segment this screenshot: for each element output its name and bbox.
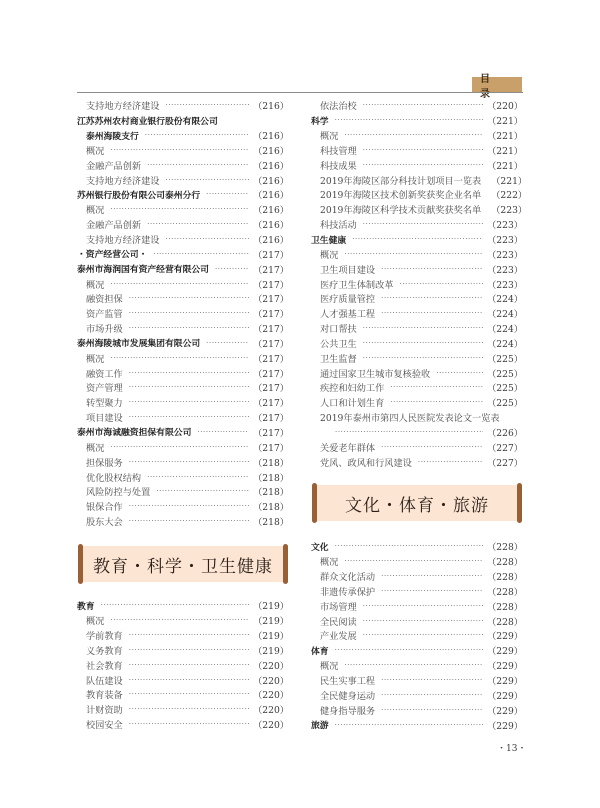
toc-entry-page: （229） [487, 658, 523, 672]
toc-entry-title: 2019年海陵区科学技术贡献奖获奖名单 [311, 202, 481, 216]
toc-entry[interactable]: 优化股权结构（218） [77, 469, 289, 484]
toc-entry-title: 概况 [311, 247, 338, 261]
toc-entry-title: 概况 [311, 658, 338, 672]
toc-entry[interactable]: 党风、政风和行风建设（227） [311, 454, 523, 469]
toc-entry-title: 学前教育 [77, 628, 123, 642]
section-banner-title: 教育・科学・卫生健康 [93, 552, 273, 577]
toc-entry-page: （218） [253, 455, 289, 469]
toc-entry-page: （229） [487, 718, 523, 732]
toc-entry[interactable]: 非遗传承保护（228） [311, 584, 523, 599]
toc-entry[interactable]: 全民阅读（228） [311, 613, 523, 628]
toc-entry-page: （219） [253, 643, 289, 657]
toc-entry-page: （220） [253, 702, 289, 716]
dot-leader [344, 557, 483, 565]
dot-leader [110, 443, 249, 451]
toc-entry-page: （223） [491, 202, 527, 216]
toc-entry-page: （219） [253, 598, 289, 612]
toc-entry-page: （228） [487, 554, 523, 568]
toc-entry-page: （217） [253, 366, 289, 380]
toc-entry-page: （217） [253, 425, 289, 439]
toc-entry-title: 对口帮扶 [311, 321, 357, 335]
toc-entry-page: （228） [487, 584, 523, 598]
toc-left-top-list: 支持地方经济建设（216）江苏苏州农村商业银行股份有限公司泰州海陵支行（216）… [77, 98, 289, 528]
toc-entry-page: （219） [253, 613, 289, 627]
toc-entry-title: 社会教育 [77, 658, 123, 672]
toc-entry[interactable]: 通过国家卫生城市复核验收（225） [311, 365, 523, 380]
toc-entry[interactable]: 银保合作（218） [77, 499, 289, 514]
toc-entry-page: （229） [487, 688, 523, 702]
toc-entry[interactable]: 产业发展（229） [311, 628, 523, 643]
toc-entry-title: 卫生监督 [311, 351, 357, 365]
toc-entry-page: （216） [253, 217, 289, 231]
toc-entry[interactable]: 全民健身运动（229） [311, 687, 523, 702]
dot-leader [110, 205, 249, 213]
toc-entry[interactable]: 市场升级（217） [77, 321, 289, 336]
toc-entry-title: 人才强基工程 [311, 306, 375, 320]
dot-leader [381, 572, 483, 580]
toc-entry-title: 2019年海陵区技术创新奖获奖企业名单 [311, 187, 481, 201]
dot-leader [110, 616, 249, 624]
toc-entry[interactable]: 风险防控与处置（218） [77, 484, 289, 499]
dot-leader [147, 161, 249, 169]
toc-left-bottom-list: 教育（219）概况（219）学前教育（219）义务教育（219）社会教育（220… [77, 598, 289, 732]
toc-entry-title: 体育 [311, 644, 329, 657]
toc-entry[interactable]: 概况（219） [77, 613, 289, 628]
dot-leader [129, 720, 249, 728]
toc-entry-title: 通过国家卫生城市复核验收 [311, 366, 430, 380]
toc-entry-title: 泰州海陵城市发展集团有限公司 [77, 336, 200, 349]
toc-entry-title: 概况 [311, 128, 338, 142]
toc-entry[interactable]: 疾控和妇幼工作（225） [311, 380, 523, 395]
dot-leader [129, 309, 249, 317]
toc-entry[interactable]: 泰州海陵城市发展集团有限公司（217） [77, 336, 289, 351]
toc-entry-page: （217） [253, 410, 289, 424]
toc-entry-title: 支持地方经济建设 [77, 173, 160, 187]
toc-entry-page: （224） [487, 336, 523, 350]
toc-entry-page: （226） [487, 425, 523, 439]
toc-entry-page: （220） [253, 673, 289, 687]
toc-entry-title: 担保服务 [77, 455, 123, 469]
toc-entry[interactable]: 泰州市海诚融资担保有限公司（217） [77, 425, 289, 440]
toc-entry-title: 卫生健康 [311, 233, 346, 246]
section-banner-title: 文化・体育・旅游 [345, 491, 489, 516]
toc-entry[interactable]: 金融产品创新（216） [77, 217, 289, 232]
toc-entry[interactable]: 学前教育（219） [77, 628, 289, 643]
toc-entry[interactable]: 民生实事工程（229） [311, 673, 523, 688]
dot-leader [344, 131, 483, 139]
toc-entry[interactable]: 市场管理（228） [311, 598, 523, 613]
toc-entry[interactable]: 卫生监督（225） [311, 350, 523, 365]
dot-leader [363, 161, 483, 169]
toc-entry-page: （223） [487, 232, 523, 246]
toc-entry-page: （220） [487, 98, 523, 112]
toc-entry-title: 2019年泰州市第四人民医院发表论文一览表 [311, 410, 500, 424]
dot-leader [147, 220, 249, 228]
toc-entry-title: 全民健身运动 [311, 688, 375, 702]
dot-leader [129, 646, 249, 654]
toc-entry-title: 义务教育 [77, 643, 123, 657]
toc-entry[interactable]: 卫生健康（223） [311, 232, 523, 247]
toc-entry-title: 概况 [311, 554, 338, 568]
toc-entry[interactable]: 队伍建设（220） [77, 672, 289, 687]
dot-leader [363, 339, 483, 347]
toc-entry-title: 市场升级 [77, 321, 123, 335]
dot-leader [206, 339, 249, 347]
toc-entry-page: （229） [487, 703, 523, 717]
toc-entry-page: （217） [253, 291, 289, 305]
toc-entry-title: 关爱老年群体 [311, 440, 375, 454]
dot-leader [166, 176, 250, 184]
toc-entry-page: （223） [487, 247, 523, 261]
toc-entry-title: 产业发展 [311, 628, 357, 642]
toc-entry[interactable]: 对口帮扶（224） [311, 321, 523, 336]
dot-leader [390, 398, 483, 406]
toc-entry-title: 概况 [77, 613, 104, 627]
toc-entry-page: （228） [487, 569, 523, 583]
dot-leader [129, 369, 249, 377]
toc-entry[interactable]: 人才强基工程（224） [311, 306, 523, 321]
toc-entry-page: （229） [487, 673, 523, 687]
toc-entry[interactable]: 支持地方经济建设（216） [77, 232, 289, 247]
toc-entry-title: 概况 [77, 143, 104, 157]
toc-entry-page: （221） [487, 143, 523, 157]
toc-entry-page: （217） [253, 321, 289, 335]
toc-entry-title: 资产管理 [77, 380, 123, 394]
toc-entry-page: （223） [487, 217, 523, 231]
page-number: ・13・ [497, 741, 526, 754]
toc-entry[interactable]: 概况（216） [77, 202, 289, 217]
dot-leader [381, 676, 483, 684]
toc-entry-page: （216） [253, 128, 289, 142]
toc-entry[interactable]: 科技成果（221） [311, 157, 523, 172]
toc-entry-title: 校园安全 [77, 717, 123, 731]
toc-entry-page: （218） [253, 514, 289, 528]
toc-entry[interactable]: 融资工作（217） [77, 365, 289, 380]
banner-right-rod [283, 544, 288, 584]
toc-right-column: 依法治校（220）科学（221）概况（221）科技管理（221）科技成果（221… [311, 98, 523, 469]
dot-leader [363, 602, 483, 610]
toc-entry-title: 依法治校 [311, 98, 357, 112]
dot-leader [129, 383, 249, 391]
toc-entry-page: （224） [487, 291, 523, 305]
toc-entry-page: （225） [487, 366, 523, 380]
toc-entry[interactable]: 概况（216） [77, 143, 289, 158]
dot-leader [129, 294, 249, 302]
toc-entry-page: （222） [491, 187, 527, 201]
section-banner-culture-sports-tourism: 文化・体育・旅游 [314, 485, 520, 521]
dot-leader [381, 587, 483, 595]
dot-leader [363, 617, 483, 625]
toc-entry[interactable]: 体育（229） [311, 643, 523, 658]
toc-entry-title: 群众文化活动 [311, 569, 375, 583]
dot-leader [344, 661, 483, 669]
toc-entry-page: （225） [487, 351, 523, 365]
toc-entry[interactable]: 2019年海陵区部分科技计划项目一览表（221） [311, 172, 523, 187]
dot-leader [381, 443, 483, 451]
toc-entry-title: 泰州海陵支行 [77, 129, 139, 142]
toc-entry[interactable]: 资产管理（217） [77, 380, 289, 395]
dot-leader [363, 146, 483, 154]
toc-entry[interactable]: 股东大会（218） [77, 514, 289, 529]
toc-entry-page: （216） [253, 158, 289, 172]
toc-entry-title: 民生实事工程 [311, 673, 375, 687]
dot-leader [129, 398, 249, 406]
toc-entry[interactable]: 校园安全（220） [77, 717, 289, 732]
dot-leader [166, 101, 250, 109]
dot-leader [153, 250, 249, 258]
toc-entry[interactable]: 概况（229） [311, 658, 523, 673]
toc-entry[interactable]: 概况（217） [77, 276, 289, 291]
toc-entry-page: （217） [253, 262, 289, 276]
banner-left-rod [312, 483, 317, 523]
toc-entry[interactable]: 担保服务（218） [77, 454, 289, 469]
banner-right-rod [517, 483, 522, 523]
dot-leader [363, 324, 483, 332]
toc-entry-title: ・资产经营公司・ [77, 247, 147, 260]
toc-entry-page: （229） [487, 643, 523, 657]
dot-leader [129, 661, 249, 669]
toc-entry-page: （225） [487, 395, 523, 409]
toc-entry[interactable]: ・资产经营公司・（217） [77, 246, 289, 261]
toc-entry[interactable]: 概况（217） [77, 350, 289, 365]
toc-entry-page: （229） [487, 628, 523, 642]
toc-entry-title: 概况 [77, 440, 104, 454]
toc-entry[interactable]: 融资担保（217） [77, 291, 289, 306]
toc-entry-title: 卫生项目建设 [311, 262, 375, 276]
toc-entry[interactable]: 支持地方经济建设（216） [77, 98, 289, 113]
toc-entry-title: 疾控和妇幼工作 [311, 380, 384, 394]
toc-entry-title: 项目建设 [77, 410, 123, 424]
toc-entry-page: （216） [253, 143, 289, 157]
toc-entry[interactable]: 关爱老年群体（227） [311, 439, 523, 454]
dot-leader [110, 146, 249, 154]
toc-right-bottom-column: 文化（228）概况（228）群众文化活动（228）非遗传承保护（228）市场管理… [311, 539, 523, 732]
dot-leader [101, 601, 249, 609]
toc-entry-title: 人口和计划生育 [311, 395, 384, 409]
toc-entry-title: 泰州市海诚融资担保有限公司 [77, 425, 191, 438]
toc-entry-title: 融资工作 [77, 366, 123, 380]
dot-leader [335, 721, 483, 729]
toc-entry-title: 文化 [311, 540, 329, 553]
dot-leader [129, 413, 249, 421]
dot-leader [363, 220, 483, 228]
section-banner-education-science-health: 教育・科学・卫生健康 [80, 546, 286, 582]
dot-leader [363, 631, 483, 639]
toc-entry[interactable]: 文化（228） [311, 539, 523, 554]
toc-entry-page: （221） [487, 128, 523, 142]
dot-leader [110, 280, 249, 288]
dot-leader [381, 265, 483, 273]
dot-leader [381, 706, 483, 714]
dot-leader [110, 354, 249, 362]
dot-leader [215, 265, 249, 273]
toc-left-bottom-column: 教育（219）概况（219）学前教育（219）义务教育（219）社会教育（220… [77, 598, 289, 732]
dot-leader [197, 428, 249, 436]
toc-entry-title: 非遗传承保护 [311, 584, 375, 598]
toc-entry-title: 概况 [77, 277, 104, 291]
toc-entry[interactable]: 科技管理（221） [311, 143, 523, 158]
toc-entry-title: 全民阅读 [311, 614, 357, 628]
toc-entry-page: （216） [253, 98, 289, 112]
toc-entry[interactable]: 医疗质量管控（224） [311, 291, 523, 306]
toc-entry-title: 教育 [77, 599, 95, 612]
toc-entry-page: （218） [253, 484, 289, 498]
toc-entry[interactable]: 依法治校（220） [311, 98, 523, 113]
toc-entry-title: 泰州市海润国有资产经营有限公司 [77, 262, 209, 275]
toc-entry-title: 公共卫生 [311, 336, 357, 350]
toc-entry[interactable]: 江苏苏州农村商业银行股份有限公司 [77, 113, 289, 128]
dot-leader [206, 190, 249, 198]
toc-entry-page: （224） [487, 321, 523, 335]
toc-entry-page: （216） [253, 232, 289, 246]
toc-entry-title: 2019年海陵区部分科技计划项目一览表 [311, 173, 481, 187]
toc-entry-page: （216） [253, 187, 289, 201]
toc-entry-page: （227） [487, 455, 523, 469]
toc-entry[interactable]: 科学（221） [311, 113, 523, 128]
toc-left-column: 支持地方经济建设（216）江苏苏州农村商业银行股份有限公司泰州海陵支行（216）… [77, 98, 289, 528]
toc-entry[interactable]: 2019年海陵区科学技术贡献奖获奖名单（223） [311, 202, 523, 217]
dot-leader [381, 294, 483, 302]
toc-entry-title: 支持地方经济建设 [77, 98, 160, 112]
toc-entry[interactable]: 人口和计划生育（225） [311, 395, 523, 410]
dot-leader [344, 250, 483, 258]
header-rule [77, 92, 523, 93]
dot-leader [145, 131, 249, 139]
section-tab-contents: 目录 [472, 77, 522, 92]
toc-entry-page: （221） [491, 173, 527, 187]
toc-entry-page: （216） [253, 173, 289, 187]
toc-entry[interactable]: 医疗卫生体制改革（223） [311, 276, 523, 291]
dot-leader [129, 690, 249, 698]
toc-entry-page: （217） [253, 247, 289, 261]
toc-entry-page: （228） [487, 599, 523, 613]
toc-entry-title: 计财资助 [77, 702, 123, 716]
dot-leader [335, 542, 483, 550]
toc-entry[interactable]: 科技活动（223） [311, 217, 523, 232]
toc-entry[interactable]: 概况（228） [311, 554, 523, 569]
toc-entry-title: 科学 [311, 114, 329, 127]
toc-entry[interactable]: 金融产品创新（216） [77, 157, 289, 172]
dot-leader [129, 517, 249, 525]
toc-entry[interactable]: 群众文化活动（228） [311, 569, 523, 584]
dot-leader [400, 280, 484, 288]
toc-entry-page: （217） [253, 395, 289, 409]
toc-right-top-list: 依法治校（220）科学（221）概况（221）科技管理（221）科技成果（221… [311, 98, 523, 469]
dot-leader [129, 676, 249, 684]
toc-entry-page: （220） [253, 658, 289, 672]
toc-entry-title: 概况 [77, 202, 104, 216]
toc-entry[interactable]: 义务教育（219） [77, 643, 289, 658]
dot-leader [129, 631, 249, 639]
toc-entry-title: 苏州银行股份有限公司泰州分行 [77, 188, 200, 201]
toc-entry[interactable]: 概况（221） [311, 128, 523, 143]
toc-entry[interactable]: 概况（217） [77, 439, 289, 454]
toc-entry-title: 健身指导服务 [311, 703, 375, 717]
toc-entry-page: （220） [253, 717, 289, 731]
toc-entry[interactable]: 2019年泰州市第四人民医院发表论文一览表 [311, 410, 523, 425]
toc-entry[interactable]: 泰州市海润国有资产经营有限公司（217） [77, 261, 289, 276]
dot-leader [381, 691, 483, 699]
toc-entry-title: 金融产品创新 [77, 217, 141, 231]
toc-entry[interactable]: （226） [311, 425, 523, 440]
toc-entry-page: （224） [487, 306, 523, 320]
dot-leader [156, 487, 249, 495]
dot-leader [352, 235, 483, 243]
dot-leader [335, 428, 483, 436]
toc-entry-page: （228） [487, 539, 523, 553]
toc-entry-page: （221） [487, 113, 523, 127]
toc-entry[interactable]: 计财资助（220） [77, 702, 289, 717]
toc-entry-page: （217） [253, 336, 289, 350]
toc-entry-page: （227） [487, 440, 523, 454]
toc-entry[interactable]: 卫生项目建设（223） [311, 261, 523, 276]
toc-entry-title: 医疗质量管控 [311, 291, 375, 305]
toc-entry-page: （223） [487, 262, 523, 276]
toc-entry-page: （220） [253, 687, 289, 701]
dot-leader [363, 101, 483, 109]
toc-entry-title: 科技管理 [311, 143, 357, 157]
banner-left-rod [78, 544, 83, 584]
toc-entry-page: （219） [253, 628, 289, 642]
toc-entry-page: （223） [487, 277, 523, 291]
toc-entry[interactable]: 2019年海陵区技术创新奖获奖企业名单（222） [311, 187, 523, 202]
toc-entry-page: （217） [253, 306, 289, 320]
dot-leader [436, 369, 483, 377]
dot-leader [129, 502, 249, 510]
dot-leader [390, 383, 483, 391]
toc-entry-title: 风险防控与处置 [77, 484, 150, 498]
toc-entry-page: （221） [487, 158, 523, 172]
toc-entry-title: 旅游 [311, 718, 329, 731]
toc-entry[interactable]: 转型聚力（217） [77, 395, 289, 410]
dot-leader [335, 646, 483, 654]
toc-entry-title: 股东大会 [77, 514, 123, 528]
toc-entry-page: （217） [253, 440, 289, 454]
toc-entry[interactable]: 健身指导服务（229） [311, 702, 523, 717]
toc-entry[interactable]: 公共卫生（224） [311, 336, 523, 351]
toc-entry-title: 概况 [77, 351, 104, 365]
toc-entry[interactable]: 旅游（229） [311, 717, 523, 732]
toc-entry[interactable]: 教育装备（220） [77, 687, 289, 702]
toc-entry[interactable]: 资产监管（217） [77, 306, 289, 321]
toc-entry-title: 转型聚力 [77, 395, 123, 409]
toc-entry[interactable]: 支持地方经济建设（216） [77, 172, 289, 187]
toc-entry-title: 科技活动 [311, 217, 357, 231]
toc-entry[interactable]: 概况（223） [311, 246, 523, 261]
dot-leader [166, 235, 250, 243]
toc-entry-title: 融资担保 [77, 291, 123, 305]
toc-entry-title: 教育装备 [77, 687, 123, 701]
toc-entry[interactable]: 项目建设（217） [77, 410, 289, 425]
toc-entry-title: 资产监管 [77, 306, 123, 320]
toc-entry-title: 科技成果 [311, 158, 357, 172]
toc-entry-title: 市场管理 [311, 599, 357, 613]
toc-entry-page: （217） [253, 277, 289, 291]
toc-entry-page: （225） [487, 380, 523, 394]
toc-entry-title: 医疗卫生体制改革 [311, 277, 394, 291]
toc-entry-page: （217） [253, 351, 289, 365]
toc-entry-title: 党风、政风和行风建设 [311, 455, 412, 469]
toc-entry[interactable]: 社会教育（220） [77, 657, 289, 672]
toc-entry-title: 金融产品创新 [77, 158, 141, 172]
toc-entry[interactable]: 教育（219） [77, 598, 289, 613]
toc-right-bottom-list: 文化（228）概况（228）群众文化活动（228）非遗传承保护（228）市场管理… [311, 539, 523, 732]
toc-entry[interactable]: 泰州海陵支行（216） [77, 128, 289, 143]
dot-leader [335, 116, 483, 124]
dot-leader [363, 354, 483, 362]
dot-leader [129, 324, 249, 332]
toc-entry[interactable]: 苏州银行股份有限公司泰州分行（216） [77, 187, 289, 202]
